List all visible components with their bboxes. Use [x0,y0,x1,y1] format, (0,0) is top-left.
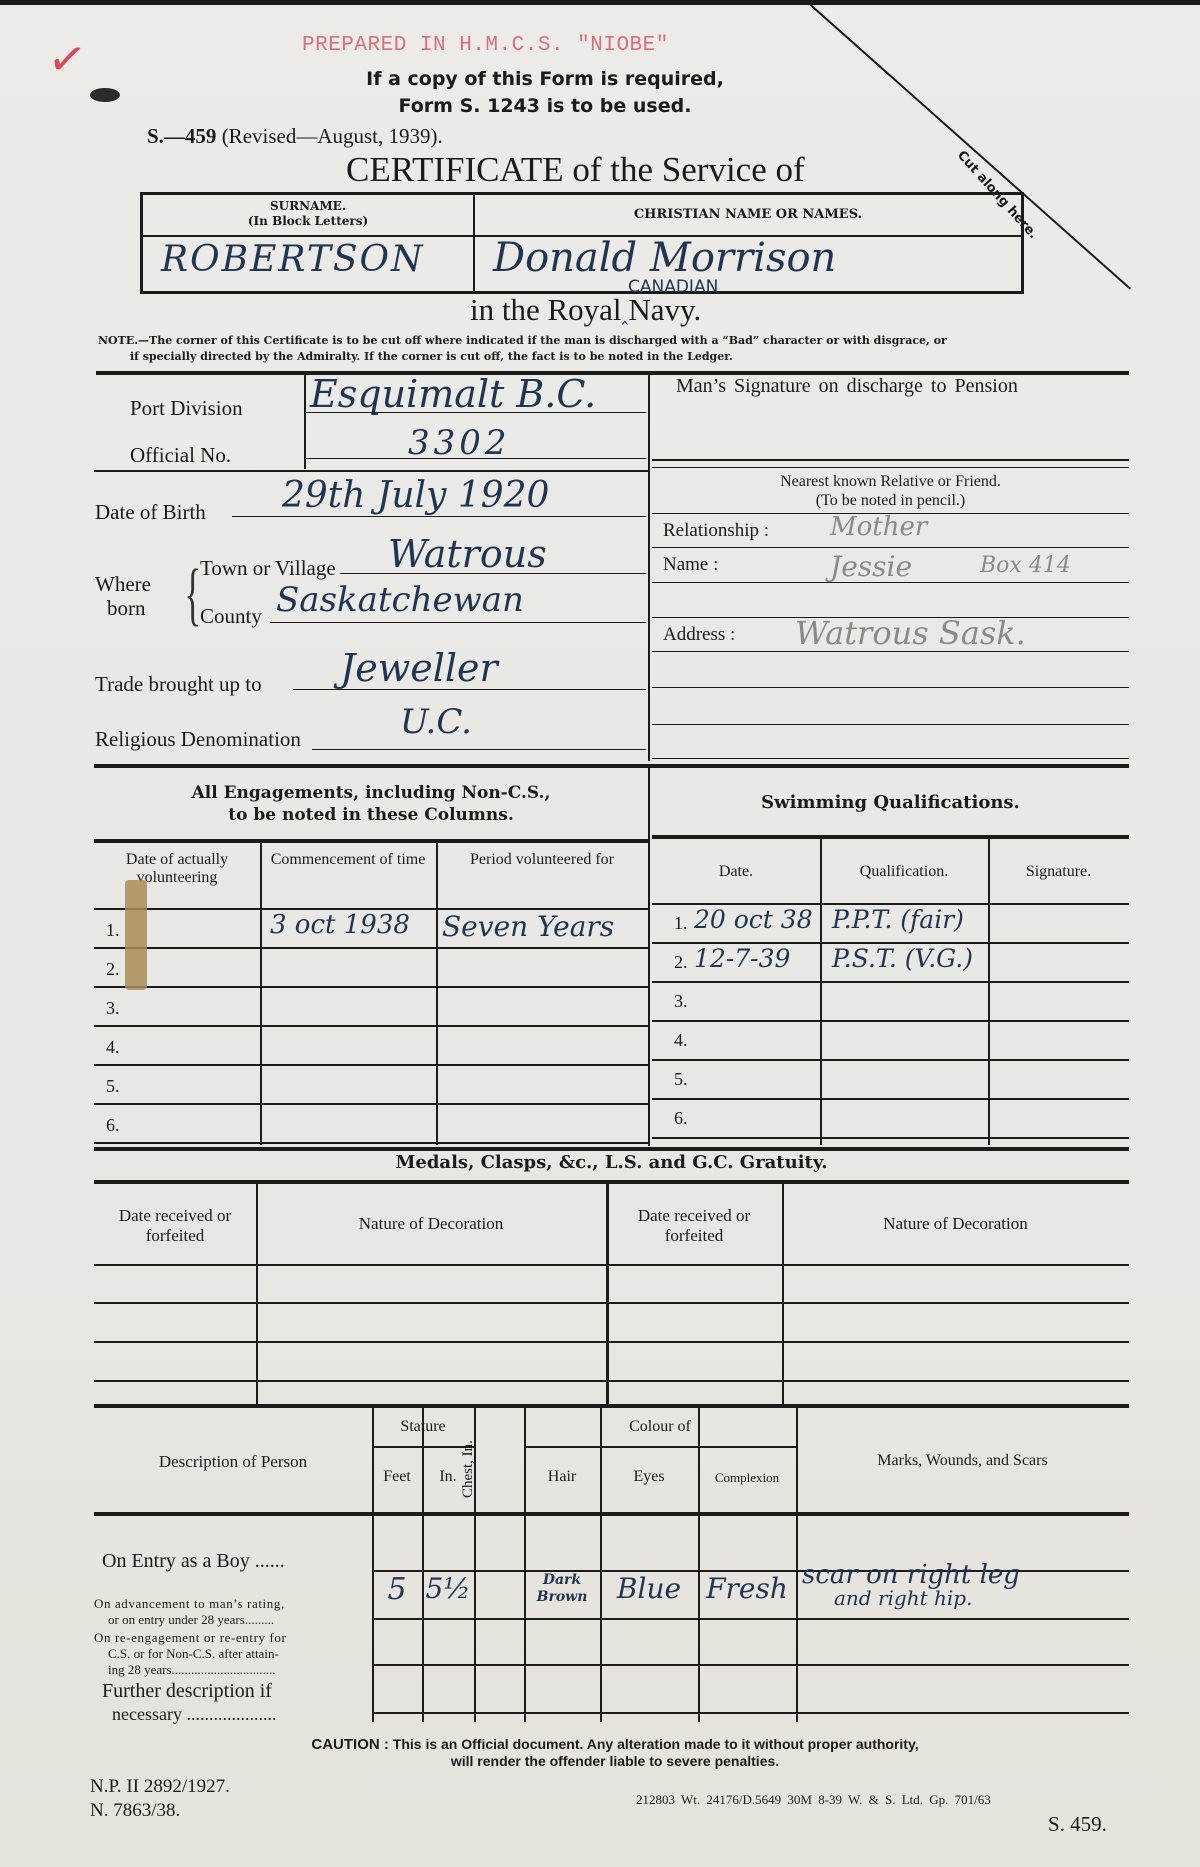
form-number-line: S.—459 (Revised—August, 1939). [147,124,443,149]
name-box: SURNAME. (In Block Letters) CHRISTIAN NA… [140,192,1024,294]
copy-note-line2: Form S. 1243 is to be used. [330,93,760,120]
row-number: 4. [106,1037,120,1058]
marks-value-line2[interactable]: and right hip. [834,1586,972,1610]
caution-note: CAUTION : This is an Official document. … [200,1736,1030,1770]
medal-row-line [94,1264,1129,1266]
eyes-value[interactable]: Blue [600,1572,698,1605]
relative-name-value[interactable]: Jessie [830,550,912,583]
swimming-title: Swimming Qualifications. [652,792,1129,813]
row-number: 2. [106,959,120,980]
swimming-row: 4. [652,1020,1129,1059]
copy-note: If a copy of this Form is required, Form… [330,66,760,120]
punch-hole-icon [90,88,120,102]
row-number: 1. [674,913,688,934]
form-code: S. 459. [1048,1812,1107,1837]
swimming-row: 6. [652,1098,1129,1137]
row-further-line1: Further description if [94,1680,374,1703]
row-number: 4. [674,1030,688,1051]
address-value[interactable]: Watrous Sask. [795,614,1026,652]
tape-stain [125,880,147,990]
col-commencement: Commencement of time [264,851,432,869]
col-date-volunteering: Date of actually volunteering [98,851,256,887]
cut-note-line1: NOTE.—The corner of this Certificate is … [98,333,1138,349]
row-number: 2. [674,952,688,973]
scan-edge [0,0,1200,5]
relationship-label: Relationship : [663,520,769,542]
port-division-value[interactable]: Esquimalt B.C. [310,372,596,416]
cut-note-line2: if specially directed by the Admiralty. … [98,349,1138,365]
description-header: Description of Person [94,1452,372,1472]
inches-value[interactable]: 5½ [422,1572,474,1605]
stature-header: Stature [372,1418,474,1436]
row-number: 5. [674,1069,688,1090]
engagement-row: 2. [94,947,648,986]
where-born-label: Where born [95,572,151,620]
caution-text2: will render the offender liable to sever… [200,1753,1030,1770]
medal-row-line [94,1302,1129,1304]
address-label: Address : [663,624,735,646]
official-no-label: Official No. [130,443,231,468]
medal-row-line [94,1341,1129,1343]
col-qualification: Qualification. [820,863,988,881]
row-entry-boy: On Entry as a Boy ...... [94,1550,374,1573]
trade-label: Trade brought up to [95,672,262,697]
period-value[interactable]: Seven Years [442,910,614,943]
np-reference: N.P. II 2892/1927. [90,1776,230,1798]
row-number: 1. [106,920,120,941]
engagement-row: 1.3 oct 1938Seven Years [94,908,648,947]
swimming-row: 5. [652,1059,1129,1098]
caution-text1: This is an Official document. Any altera… [393,1736,919,1752]
row-further-line2: necessary .................... [94,1704,384,1725]
swimming-table: Date.Qualification.Signature.1.20 oct 38… [652,839,1129,1145]
qualification-value[interactable]: P.P.T. (fair) [832,905,964,934]
religion-label: Religious Denomination [95,727,301,752]
row-reengagement-line1: On re-engagement or re-entry for [94,1630,366,1646]
commencement-value[interactable]: 3 oct 1938 [270,910,410,940]
service-line: in the Royal‸Navy. [470,292,701,328]
swimming-row: 3. [652,981,1129,1020]
relative-subtitle: (To be noted in pencil.) [652,491,1129,510]
form-revision: (Revised—August, 1939). [222,124,443,148]
engagements-title-line2: to be noted in these Columns. [94,804,648,826]
town-label: Town or Village [200,556,336,581]
cut-note: NOTE.—The corner of this Certificate is … [98,333,1138,365]
col-swim-date: Date. [652,863,820,881]
engagements-table: Date of actually volunteeringCommencemen… [94,843,648,1145]
medals-table: Date received or forfeitedNature of Deco… [94,1184,1129,1404]
caution-label: CAUTION : [311,1736,389,1753]
engagement-row: 4. [94,1025,648,1064]
hair-header: Hair [524,1468,600,1486]
col-period: Period volunteered for [440,851,644,869]
where-born-line2: born [95,596,151,620]
dob-label: Date of Birth [95,500,206,525]
engagement-row: 3. [94,986,648,1025]
dob-value[interactable]: 29th July 1920 [282,475,549,516]
port-division-label: Port Division [130,396,243,421]
copy-note-line1: If a copy of this Form is required, [330,66,760,93]
brace-icon: { [184,560,201,630]
service-prefix: in the Royal [470,292,622,327]
colour-header: Colour of [524,1418,796,1436]
row-number: 5. [106,1076,120,1097]
complexion-value[interactable]: Fresh [698,1572,796,1605]
relative-title: Nearest known Relative or Friend. [652,472,1129,491]
trade-value[interactable]: Jeweller [340,646,498,690]
check-mark-icon: ✓ [44,30,90,89]
col-decoration-1: Nature of Decoration [262,1214,600,1234]
qualification-value[interactable]: P.S.T. (V.G.) [832,944,973,973]
row-advancement-line1: On advancement to man’s rating, [94,1596,366,1612]
col-medal-date-1: Date received or forfeited [100,1206,250,1246]
row-advancement-line2: or on entry under 28 years......... [94,1612,380,1628]
surname-label: SURNAME. [143,199,473,214]
chest-header: Chest, In. [460,1440,477,1498]
certificate-title: CERTIFICATE of the Service of [346,150,805,190]
swim-date-value[interactable]: 12-7-39 [694,944,790,973]
medal-row-line [94,1380,1129,1382]
relationship-value[interactable]: Mother [830,512,927,542]
service-suffix: Navy. [628,292,701,327]
christian-name-value[interactable]: Donald Morrison [493,235,836,281]
col-medal-date-2: Date received or forfeited [612,1206,776,1246]
row-reengagement-line2: C.S. or for Non-C.S. after attain- [94,1646,380,1662]
swimming-row: 2.12-7-39P.S.T. (V.G.) [652,942,1129,981]
certificate-page: ✓ PREPARED IN H.M.C.S. "NIOBE" If a copy… [0,0,1200,1867]
row-number: 6. [674,1108,688,1129]
town-value[interactable]: Watrous [388,532,547,576]
feet-header: Feet [372,1468,422,1486]
description-table: Description of PersonStatureFeetIn.Chest… [94,1408,1129,1722]
surname-sublabel: (In Block Letters) [143,214,473,229]
feet-value[interactable]: 5 [372,1572,422,1607]
swimming-row: 1.20 oct 38P.P.T. (fair) [652,903,1129,942]
engagements-title-line1: All Engagements, including Non-C.S., [94,782,648,804]
engagement-row: 5. [94,1064,648,1103]
county-label: County [200,604,262,629]
eyes-header: Eyes [600,1468,698,1486]
engagements-title: All Engagements, including Non-C.S., to … [94,782,648,826]
relative-name-label: Name : [663,554,718,576]
hair-value[interactable]: Dark Brown [524,1572,600,1606]
row-reengagement-line3: ing 28 years............................… [94,1662,380,1678]
engagement-row: 6. [94,1103,648,1142]
where-born-line1: Where [95,572,151,596]
print-reference: 212803 Wt. 24176/D.5649 30M 8-39 W. & S.… [636,1792,991,1808]
row-number: 6. [106,1115,120,1136]
swim-date-value[interactable]: 20 oct 38 [694,905,813,934]
county-value[interactable]: Saskatchewan [276,580,524,620]
col-decoration-2: Nature of Decoration [788,1214,1123,1234]
relative-heading: Nearest known Relative or Friend. (To be… [652,472,1129,510]
official-no-value[interactable]: 3302 [408,423,511,463]
complexion-header: Complexion [698,1470,796,1486]
christian-name-label: CHRISTIAN NAME OR NAMES. [475,207,1021,222]
signature-label: Man’s Signature on discharge to Pension [676,375,1018,398]
prepared-stamp: PREPARED IN H.M.C.S. "NIOBE" [302,34,669,57]
religion-value[interactable]: U.C. [400,702,472,742]
form-number: S.—459 [147,124,216,148]
surname-value[interactable]: ROBERTSON [161,239,425,280]
row-number: 3. [106,998,120,1019]
relative-box-value[interactable]: Box 414 [980,553,1071,578]
col-signature: Signature. [988,863,1129,881]
marks-header: Marks, Wounds, and Scars [796,1452,1129,1470]
n-reference: N. 7863/38. [90,1800,180,1822]
row-number: 3. [674,991,688,1012]
medals-title: Medals, Clasps, &c., L.S. and G.C. Gratu… [94,1152,1129,1173]
